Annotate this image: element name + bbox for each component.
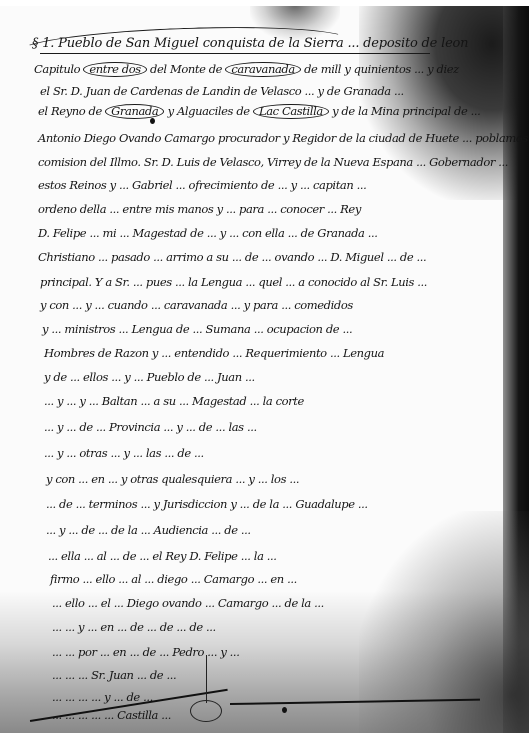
line-text: ... ello ... el ... Diego ovando ... Cam…: [52, 596, 324, 610]
manuscript-line-17: ... y ... de ... Provincia ... y ... de …: [44, 420, 257, 434]
manuscript-line-19: y con ... en ... y otras qualesquiera ..…: [46, 472, 299, 486]
line-text: ... ... y ... en ... de ... de ... de ..…: [52, 620, 216, 634]
rubric-stem: [206, 655, 207, 703]
circled-word: Granada: [105, 104, 164, 119]
line-text: y de la Mina principal de ...: [329, 104, 481, 118]
manuscript-line-6: comision del Illmo. Sr. D. Luis de Velas…: [38, 155, 508, 169]
ink-dot: [150, 118, 155, 124]
line-text: el Reyno de: [38, 104, 105, 118]
manuscript-line-24: ... ello ... el ... Diego ovando ... Cam…: [52, 596, 324, 610]
manuscript-line-1: § 1. Pueblo de San Miguel conquista de l…: [32, 36, 468, 51]
line-text: principal. Y a Sr. ... pues ... la Lengu…: [40, 275, 427, 289]
line-text: y de ... ellos ... y ... Pueblo de ... J…: [44, 370, 255, 384]
line-text: ... y ... y ... Baltan ... a su ... Mage…: [44, 394, 304, 408]
manuscript-page: § 1. Pueblo de San Miguel conquista de l…: [0, 0, 529, 741]
line-text: ordeno della ... entre mis manos y ... p…: [38, 202, 361, 216]
line-text: y Alguaciles de: [164, 104, 253, 118]
manuscript-line-7: estos Reinos y ... Gabriel ... ofrecimie…: [38, 178, 366, 192]
manuscript-line-20: ... de ... terminos ... y Jurisdiccion y…: [46, 497, 368, 511]
page-margin-bottom: [0, 733, 529, 741]
line-text: ... ella ... al ... de ... el Rey D. Fel…: [48, 549, 277, 563]
line-text: Hombres de Razon y ... entendido ... Req…: [44, 346, 384, 360]
page-margin-top: [0, 0, 529, 6]
manuscript-line-26: ... ... por ... en ... de ... Pedro ... …: [52, 645, 239, 659]
manuscript-line-3: el Sr. D. Juan de Cardenas de Landin de …: [40, 84, 404, 98]
heading-underline: [40, 53, 430, 54]
line-text: conquista de la Sierra ... deposito de l…: [203, 36, 469, 51]
manuscript-line-12: y con ... y ... cuando ... caravanada ..…: [40, 298, 353, 312]
line-text: Antonio Diego Ovando Camargo procurador …: [38, 131, 529, 145]
ink-dot: [282, 707, 287, 713]
circled-word: entre dos: [83, 62, 146, 77]
manuscript-line-21: ... y ... de ... de la ... Audiencia ...…: [46, 523, 251, 537]
manuscript-line-5: Antonio Diego Ovando Camargo procurador …: [38, 131, 529, 145]
line-text: y con ... en ... y otras qualesquiera ..…: [46, 472, 299, 486]
rubric-flourish: [190, 700, 222, 722]
line-text: estos Reinos y ... Gabriel ... ofrecimie…: [38, 178, 366, 192]
line-text: del Monte de: [147, 62, 226, 76]
manuscript-line-11: principal. Y a Sr. ... pues ... la Lengu…: [40, 275, 427, 289]
line-text: ... y ... de ... de la ... Audiencia ...…: [46, 523, 251, 537]
line-text: Capitulo: [34, 62, 83, 76]
line-text: comision del Illmo. Sr. D. Luis de Velas…: [38, 155, 508, 169]
manuscript-text: § 1. Pueblo de San Miguel conquista de l…: [0, 0, 529, 741]
manuscript-line-18: ... y ... otras ... y ... las ... de ...: [44, 446, 204, 460]
manuscript-line-13: y ... ministros ... Lengua de ... Sumana…: [42, 322, 352, 336]
signature-stroke: [230, 699, 480, 705]
line-text: ... y ... de ... Provincia ... y ... de …: [44, 420, 257, 434]
line-text: § 1. Pueblo de San Miguel: [32, 36, 203, 51]
manuscript-line-25: ... ... y ... en ... de ... de ... de ..…: [52, 620, 216, 634]
line-text: de mill y quinientos ... y diez: [301, 62, 459, 76]
circled-word: caravanada: [225, 62, 300, 77]
line-text: ... y ... otras ... y ... las ... de ...: [44, 446, 204, 460]
manuscript-line-2: Capitulo entre dos del Monte de caravana…: [34, 62, 459, 77]
line-text: el Sr. D. Juan de Cardenas de Landin de …: [40, 84, 404, 98]
line-text: y con ... y ... cuando ... caravanada ..…: [40, 298, 353, 312]
manuscript-line-23: firmo ... ello ... al ... diego ... Cama…: [50, 572, 297, 586]
line-text: ... ... por ... en ... de ... Pedro ... …: [52, 645, 239, 659]
line-text: firmo ... ello ... al ... diego ... Cama…: [50, 572, 297, 586]
line-text: ... de ... terminos ... y Jurisdiccion y…: [46, 497, 368, 511]
manuscript-line-22: ... ella ... al ... de ... el Rey D. Fel…: [48, 549, 277, 563]
manuscript-line-8: ordeno della ... entre mis manos y ... p…: [38, 202, 361, 216]
manuscript-line-4: el Reyno de Granada y Alguaciles de Lac …: [38, 104, 480, 119]
line-text: Christiano ... pasado ... arrimo a su ..…: [38, 250, 426, 264]
line-text: D. Felipe ... mi ... Magestad de ... y .…: [38, 226, 378, 240]
line-text: y ... ministros ... Lengua de ... Sumana…: [42, 322, 352, 336]
circled-word: Lac Castilla: [253, 104, 329, 119]
manuscript-line-27: ... ... ... Sr. Juan ... de ...: [52, 668, 176, 682]
manuscript-line-15: y de ... ellos ... y ... Pueblo de ... J…: [44, 370, 255, 384]
manuscript-line-16: ... y ... y ... Baltan ... a su ... Mage…: [44, 394, 304, 408]
manuscript-line-9: D. Felipe ... mi ... Magestad de ... y .…: [38, 226, 378, 240]
line-text: ... ... ... Sr. Juan ... de ...: [52, 668, 176, 682]
manuscript-line-10: Christiano ... pasado ... arrimo a su ..…: [38, 250, 426, 264]
manuscript-line-14: Hombres de Razon y ... entendido ... Req…: [44, 346, 384, 360]
